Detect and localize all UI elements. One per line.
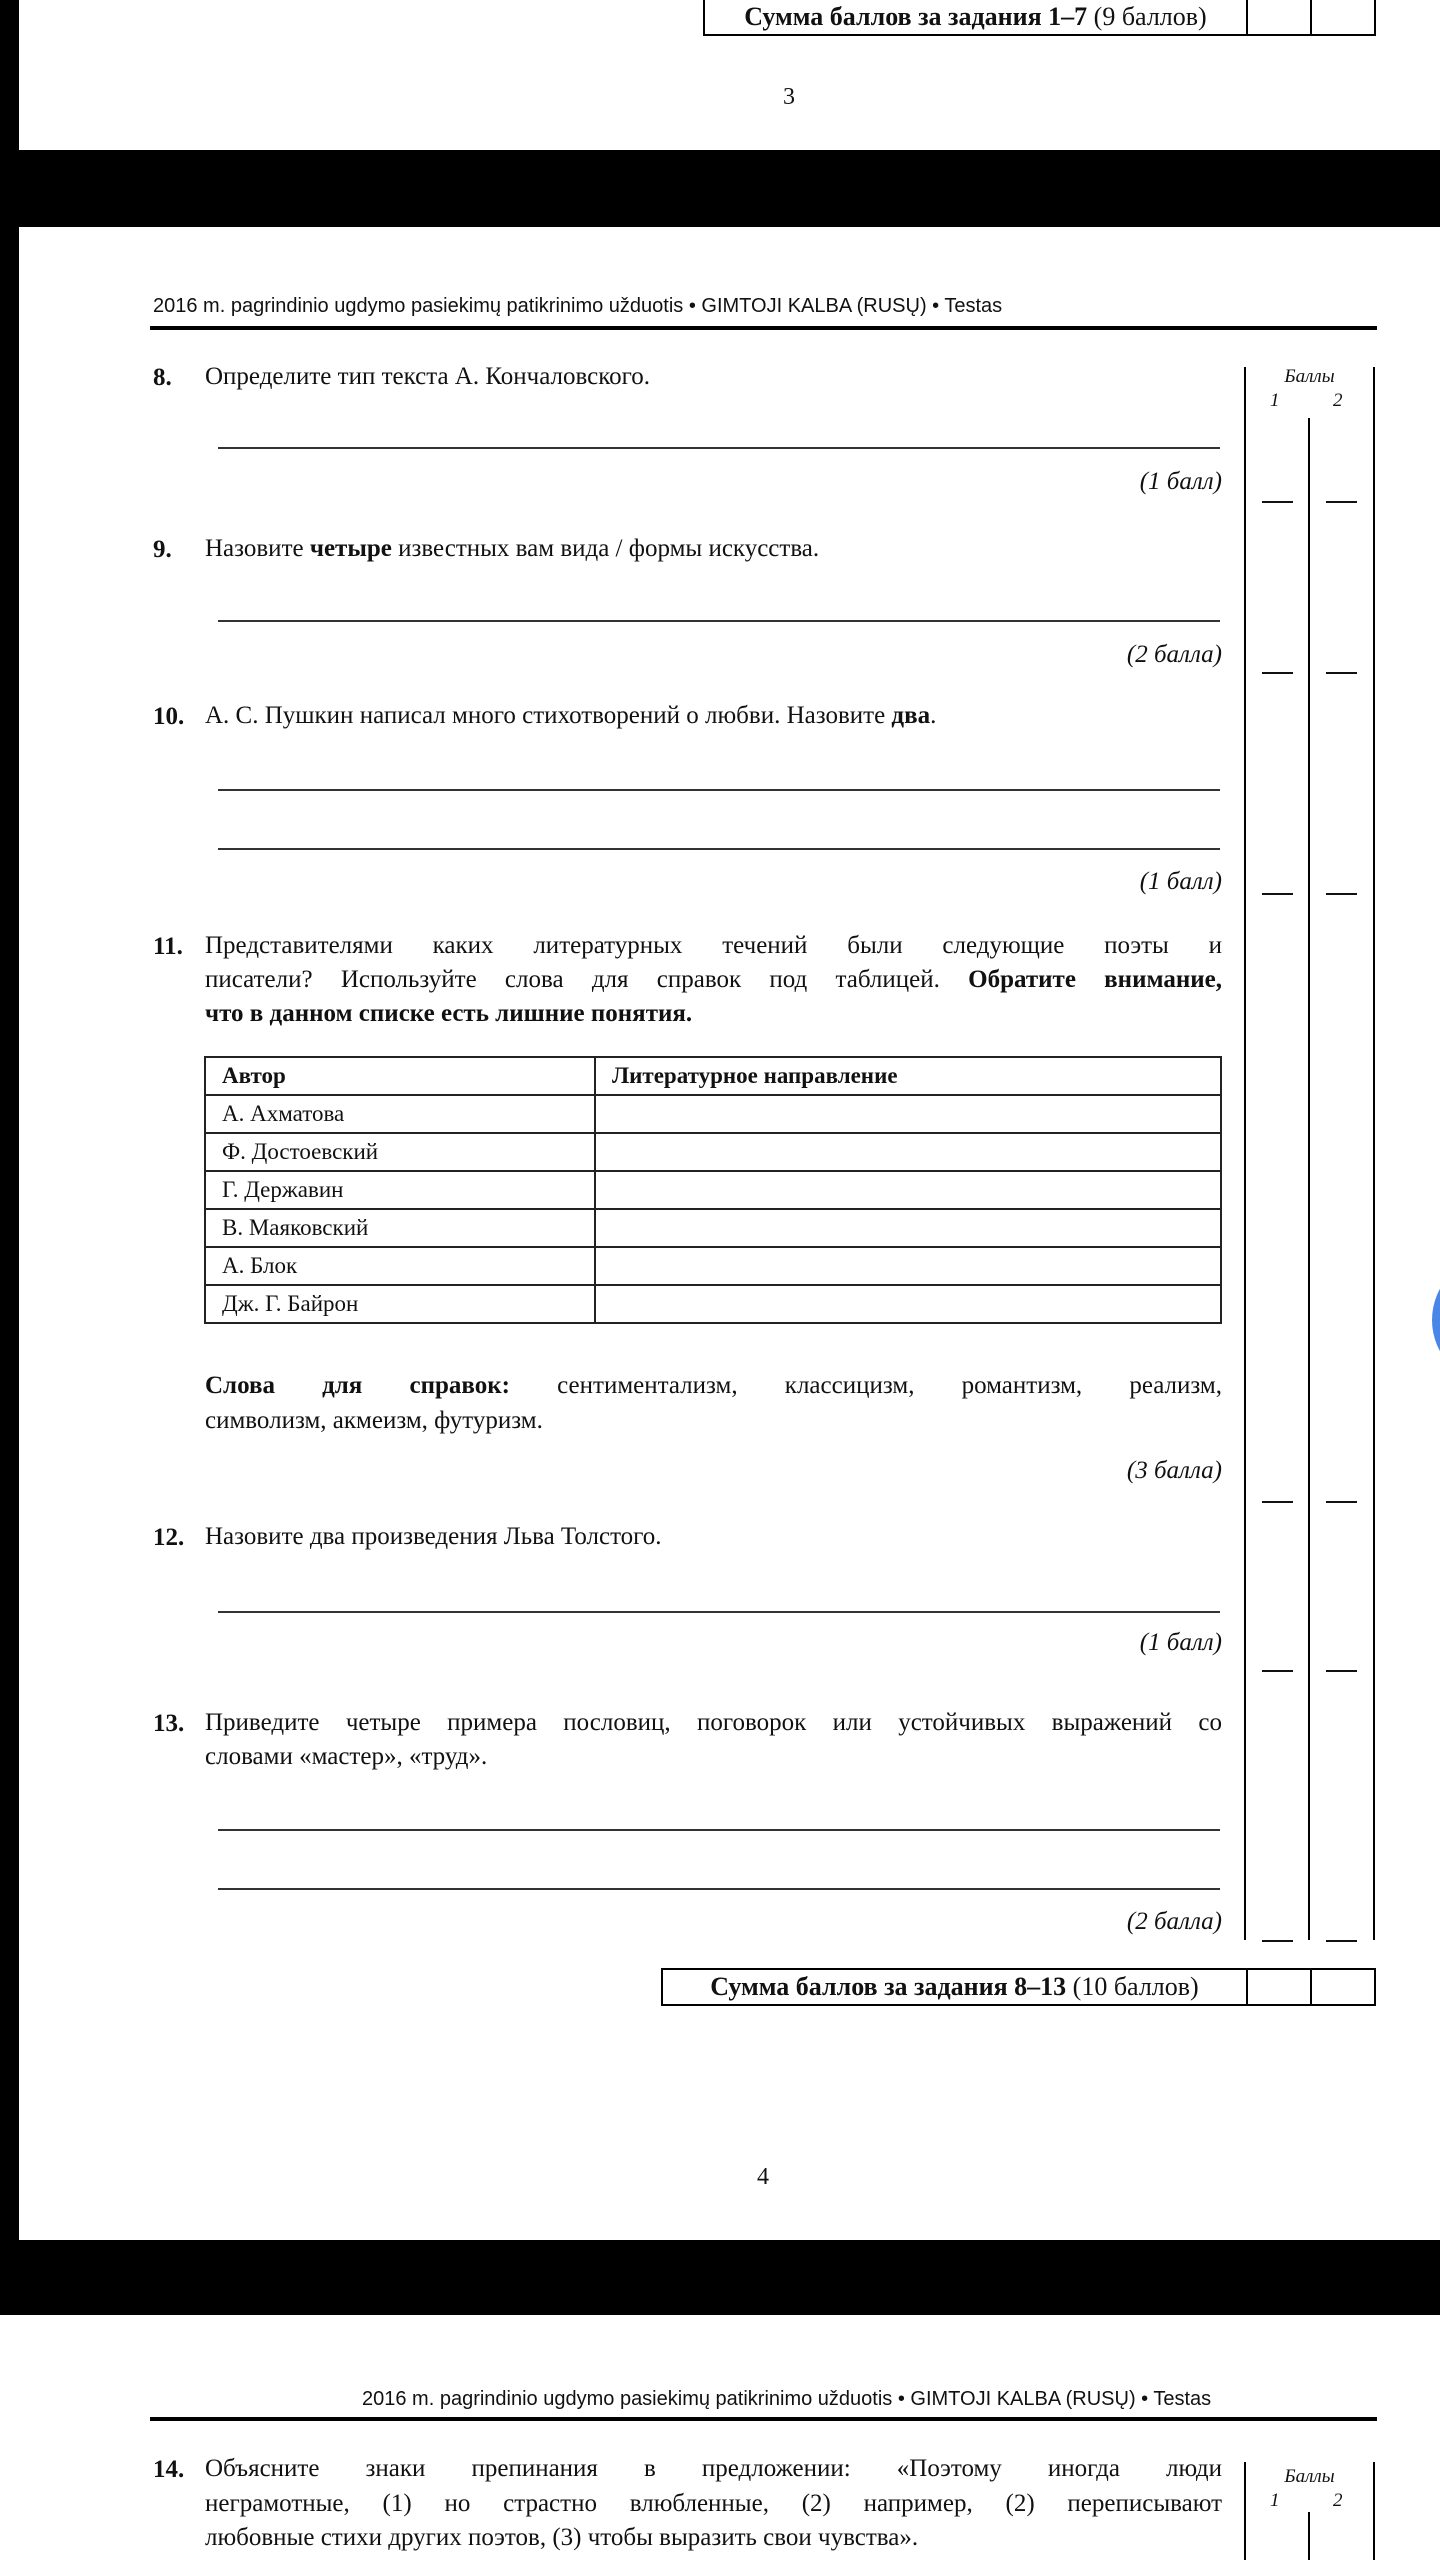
score-cell-2 [1310, 1970, 1374, 2004]
score-column-title: Баллы [1247, 366, 1372, 388]
table-row: А. Ахматова [205, 1095, 1221, 1133]
score-column-1-label: 1 [1270, 2490, 1280, 2512]
score-mark-q8-2[interactable] [1326, 501, 1357, 503]
answer-line-q13-1[interactable] [218, 1829, 1220, 1831]
question-8-text: Определите тип текста А. Кончаловского. [205, 360, 650, 394]
author-cell: Ф. Достоевский [205, 1133, 595, 1171]
question-10-text: А. С. Пушкин написал много стихотворений… [205, 699, 936, 733]
table-header-author: Автор [205, 1057, 595, 1095]
running-head: 2016 m. pagrindinio ugdymo pasiekimų pat… [153, 295, 1002, 318]
question-8-number: 8. [153, 364, 172, 392]
question-9-points: (2 балла) [900, 641, 1222, 669]
sum-box-1-7: Сумма баллов за задания 1–7 (9 баллов) [703, 0, 1376, 36]
question-13-number: 13. [153, 1710, 184, 1738]
question-10-number: 10. [153, 703, 184, 731]
direction-answer-cell[interactable] [595, 1171, 1221, 1209]
score-cell-1 [1246, 1970, 1310, 2004]
question-11-number: 11. [153, 933, 183, 961]
question-9-number: 9. [153, 536, 172, 564]
page-separator [0, 150, 1440, 227]
author-cell: В. Маяковский [205, 1209, 595, 1247]
score-column-2-label: 2 [1333, 390, 1343, 412]
score-column-2-label: 2 [1333, 2490, 1343, 2512]
score-cell-2 [1310, 0, 1374, 34]
viewer-left-margin [0, 0, 19, 2240]
page-number: 3 [783, 84, 795, 111]
question-11-line-3: что в данном списке есть лишние понятия. [205, 997, 692, 1031]
question-12-text: Назовите два произведения Льва Толстого. [205, 1520, 662, 1554]
author-cell: А. Ахматова [205, 1095, 595, 1133]
score-mark-q9-2[interactable] [1326, 672, 1357, 674]
table-row: Дж. Г. Байрон [205, 1285, 1221, 1323]
reference-words-line-1: Слова для справок: сентиментализм, класс… [205, 1369, 1222, 1403]
score-column-right-border [1373, 367, 1375, 1940]
score-mark-q13-2[interactable] [1326, 1940, 1357, 1942]
answer-line-q9[interactable] [218, 620, 1220, 622]
question-14-line-2: неграмотные, (1) но страстно влюбленные,… [205, 2487, 1222, 2521]
question-12-number: 12. [153, 1524, 184, 1552]
score-mark-q9-1[interactable] [1262, 672, 1293, 674]
question-11-line-1: Представителями каких литературных течен… [205, 929, 1222, 963]
score-mark-q11-2[interactable] [1326, 1501, 1357, 1503]
table-row: Ф. Достоевский [205, 1133, 1221, 1171]
answer-line-q10-2[interactable] [218, 848, 1220, 850]
question-10-points: (1 балл) [900, 868, 1222, 896]
score-mark-q12-2[interactable] [1326, 1670, 1357, 1672]
score-cell-1 [1246, 0, 1310, 34]
table-row: В. Маяковский [205, 1209, 1221, 1247]
score-column-1-label: 1 [1270, 390, 1280, 412]
score-column-right-border [1373, 2462, 1375, 2560]
score-column-divider [1308, 2512, 1310, 2560]
score-mark-q8-1[interactable] [1262, 501, 1293, 503]
sum-box-8-13: Сумма баллов за задания 8–13 (10 баллов) [661, 1968, 1376, 2006]
question-13-line-1: Приведите четыре примера пословиц, погов… [205, 1706, 1222, 1740]
question-11-line-2: писатели? Используйте слова для справок … [205, 963, 1222, 997]
direction-answer-cell[interactable] [595, 1095, 1221, 1133]
question-9-text: Назовите четыре известных вам вида / фор… [205, 532, 819, 566]
running-head: 2016 m. pagrindinio ugdymo pasiekimų pat… [362, 2388, 1211, 2411]
score-mark-q13-1[interactable] [1262, 1940, 1293, 1942]
floating-action-button[interactable] [1432, 1255, 1440, 1385]
score-mark-q12-1[interactable] [1262, 1670, 1293, 1672]
sum-box-label: Сумма баллов за задания 1–7 (9 баллов) [705, 2, 1246, 32]
answer-line-q12[interactable] [218, 1611, 1220, 1613]
score-column-divider [1308, 418, 1310, 1940]
header-rule [150, 326, 1377, 330]
page-separator [0, 2240, 1440, 2315]
direction-answer-cell[interactable] [595, 1285, 1221, 1323]
question-14-line-1: Объясните знаки препинания в предложении… [205, 2452, 1222, 2486]
question-13-points: (2 балла) [900, 1908, 1222, 1936]
answer-line-q8[interactable] [218, 447, 1220, 449]
author-cell: Дж. Г. Байрон [205, 1285, 595, 1323]
score-mark-q11-1[interactable] [1262, 1501, 1293, 1503]
question-13-line-2: словами «мастер», «труд». [205, 1740, 487, 1774]
table-header-row: Автор Литературное направление [205, 1057, 1221, 1095]
table-header-direction: Литературное направление [595, 1057, 1221, 1095]
direction-answer-cell[interactable] [595, 1209, 1221, 1247]
header-rule [150, 2417, 1377, 2421]
question-8-points: (1 балл) [900, 468, 1222, 496]
answer-line-q10-1[interactable] [218, 789, 1220, 791]
table-row: Г. Державин [205, 1171, 1221, 1209]
author-cell: А. Блок [205, 1247, 595, 1285]
direction-answer-cell[interactable] [595, 1133, 1221, 1171]
score-column-title: Баллы [1247, 2466, 1372, 2488]
question-14-line-3: любовные стихи других поэтов, (3) чтобы … [205, 2521, 918, 2555]
question-11-points: (3 балла) [900, 1457, 1222, 1485]
page-number: 4 [757, 2164, 769, 2191]
direction-answer-cell[interactable] [595, 1247, 1221, 1285]
authors-table: Автор Литературное направление А. Ахмато… [204, 1056, 1222, 1324]
reference-words-line-2: символизм, акмеизм, футуризм. [205, 1404, 543, 1438]
question-14-number: 14. [153, 2456, 184, 2484]
score-mark-q10-1[interactable] [1262, 893, 1293, 895]
score-mark-q10-2[interactable] [1326, 893, 1357, 895]
score-column-left-border [1244, 367, 1246, 1940]
answer-line-q13-2[interactable] [218, 1888, 1220, 1890]
author-cell: Г. Державин [205, 1171, 595, 1209]
question-12-points: (1 балл) [900, 1629, 1222, 1657]
score-column-left-border [1244, 2462, 1246, 2560]
table-row: А. Блок [205, 1247, 1221, 1285]
sum-box-label: Сумма баллов за задания 8–13 (10 баллов) [663, 1972, 1246, 2002]
